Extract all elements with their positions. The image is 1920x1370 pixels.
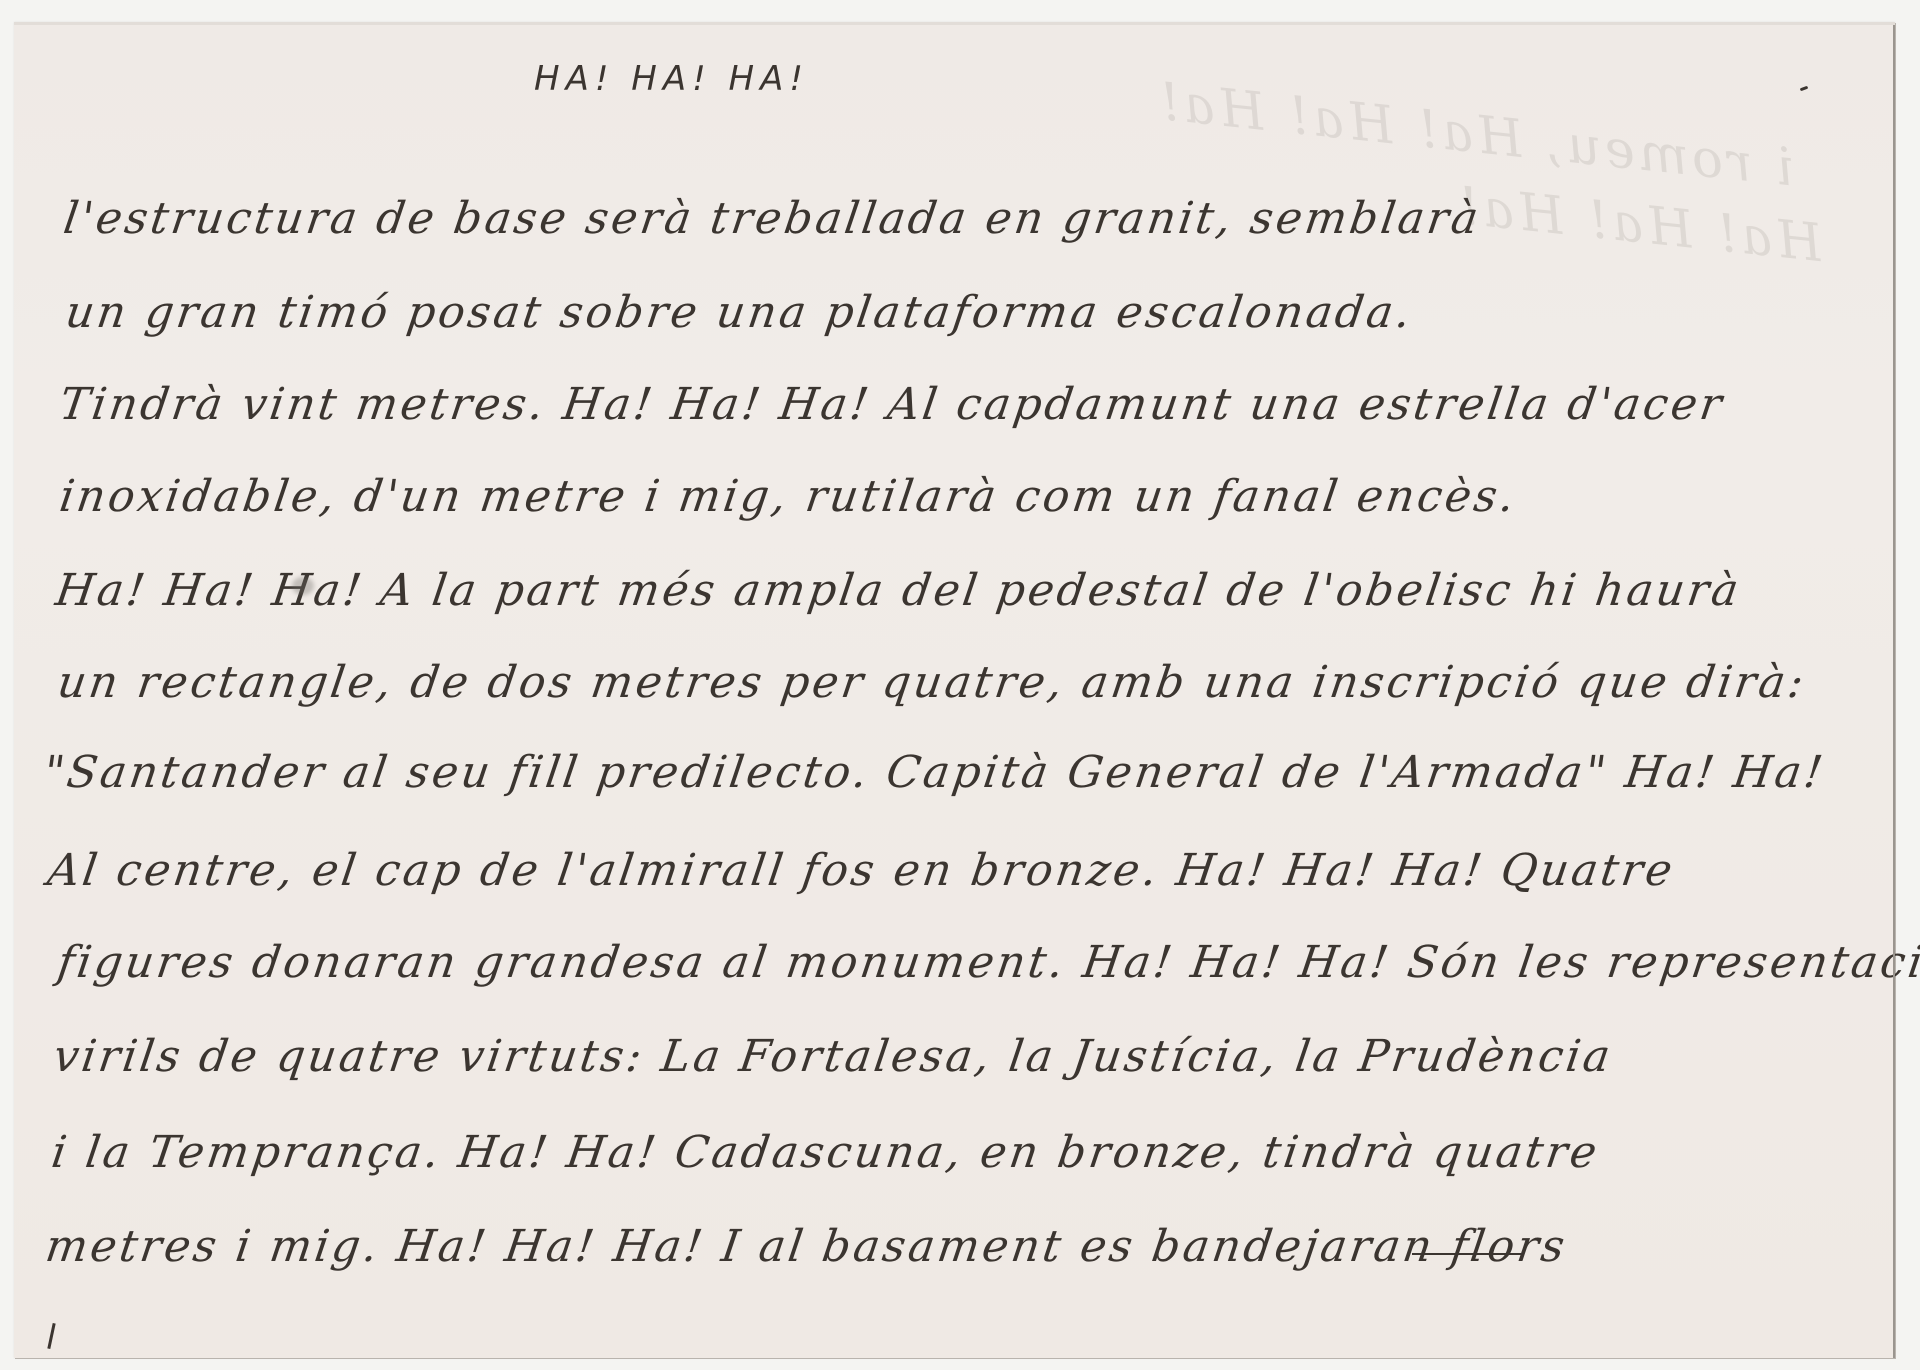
text-line-12: metres i mig. Ha! Ha! Ha! I al basament … — [42, 1221, 1570, 1272]
text-line-2: un gran timó posat sobre una plataforma … — [62, 287, 1416, 338]
page-title: HA! HA! HA! — [534, 59, 809, 99]
text-line-4: inoxidable, d'un metre i mig, rutilarà c… — [56, 471, 1520, 522]
stray-dot-mark — [1800, 86, 1809, 92]
stray-pen-mark — [47, 1323, 55, 1349]
handwritten-page: i romeu, Ha! Ha! Ha! Ha! Ha! Ha! HA! HA!… — [14, 22, 1895, 1358]
text-line-1: l'estructura de base serà treballada en … — [60, 193, 1484, 244]
text-line-3: Tindrà vint metres. Ha! Ha! Ha! Al capda… — [56, 379, 1727, 430]
text-line-10: virils de quatre virtuts: La Fortalesa, … — [50, 1031, 1616, 1082]
text-line-7: "Santander al seu fill predilecto. Capit… — [40, 747, 1828, 798]
text-line-9: figures donaran grandesa al monument. Ha… — [54, 937, 1920, 988]
ink-smudge — [292, 577, 314, 595]
text-line-11: i la Temprança. Ha! Ha! Cadascuna, en br… — [48, 1127, 1602, 1178]
strikethrough-mark — [1412, 1253, 1524, 1255]
text-line-6: un rectangle, de dos metres per quatre, … — [54, 657, 1809, 708]
text-line-8: Al centre, el cap de l'almirall fos en b… — [44, 845, 1678, 896]
